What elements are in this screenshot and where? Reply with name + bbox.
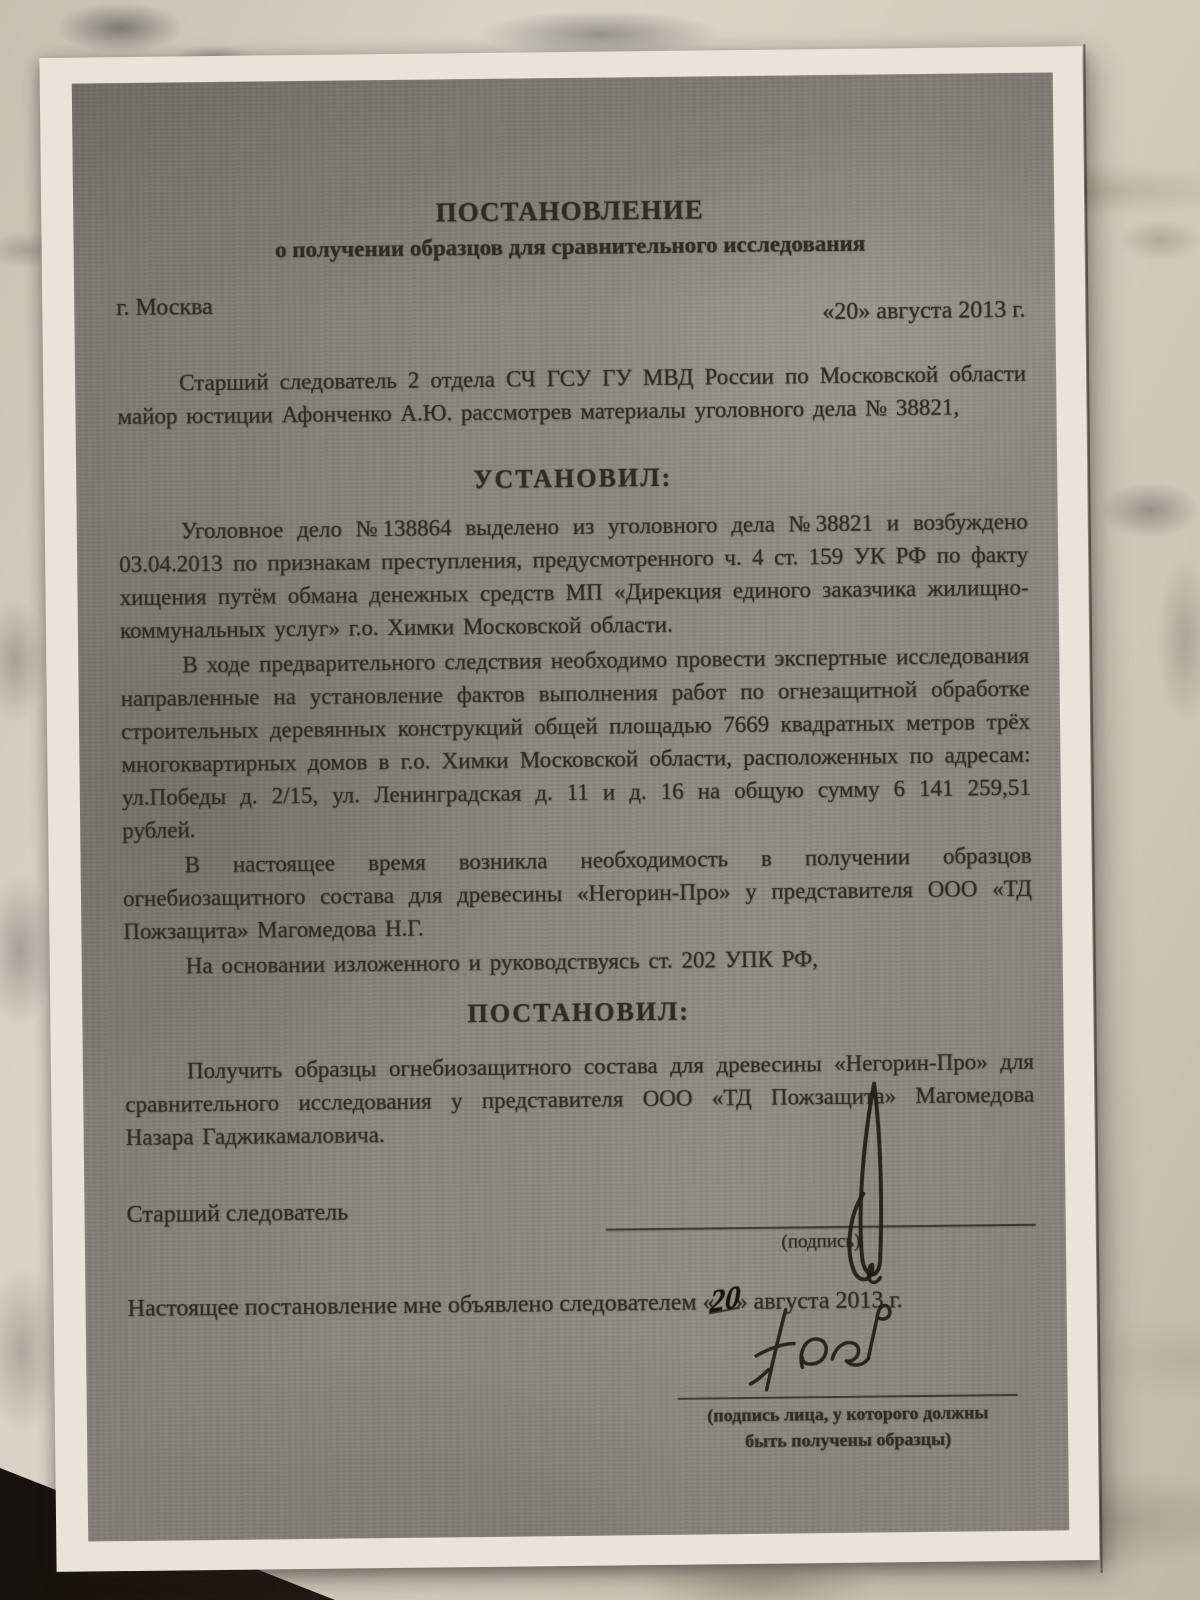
investigator-signature-row: Старший следователь (подпись) (126, 1188, 1036, 1262)
document-subtitle: о получении образцов для сравнительного … (115, 227, 1024, 267)
signature-line-area: (подпись) (606, 1224, 1036, 1257)
closing-prefix: Настоящее постановление мне объявлено сл… (127, 1289, 714, 1322)
resolved-heading: ПОСТАНОВИЛ: (124, 991, 1033, 1035)
established-paragraph-3: В настоящее время возникла необходимость… (122, 839, 1032, 948)
intro-paragraph: Старший следователь 2 отдела СЧ ГСУ ГУ М… (117, 357, 1027, 433)
recipient-caption-line-1: (подпись лица, у которого должны (678, 1399, 1018, 1429)
document-content: ПОСТАНОВЛЕНИЕ о получении образцов для с… (115, 189, 1038, 1461)
photo-of-document: ПОСТАНОВЛЕНИЕ о получении образцов для с… (0, 0, 1200, 1600)
paper-sheet: ПОСТАНОВЛЕНИЕ о получении образцов для с… (39, 46, 1099, 1572)
recipient-signature-area: (подпись лица, у которого должны быть по… (677, 1340, 1018, 1455)
signature-caption: (подпись) (606, 1228, 1036, 1257)
scanned-page: ПОСТАНОВЛЕНИЕ о получении образцов для с… (72, 72, 1069, 1541)
date-label: «20» августа 2013 г. (822, 293, 1025, 329)
established-paragraph-1: Уголовное дело №138864 выделено из уголо… (119, 505, 1029, 647)
recipient-caption-line-2: быть получены образцы) (678, 1425, 1018, 1455)
recipient-signature-ink (732, 1296, 923, 1398)
investigator-role-label: Старший следователь (126, 1196, 348, 1233)
established-paragraph-2: В ходе предварительного следствия необхо… (120, 639, 1031, 847)
place-date-row: г. Москва «20» августа 2013 г. (116, 281, 1025, 337)
document-title: ПОСТАНОВЛЕНИЕ (115, 189, 1024, 233)
established-heading: УСТАНОВИЛ: (118, 457, 1027, 501)
investigator-signature-ink (822, 1075, 908, 1288)
city-label: г. Москва (116, 290, 213, 337)
recipient-signature-caption: (подпись лица, у которого должны быть по… (678, 1399, 1019, 1455)
